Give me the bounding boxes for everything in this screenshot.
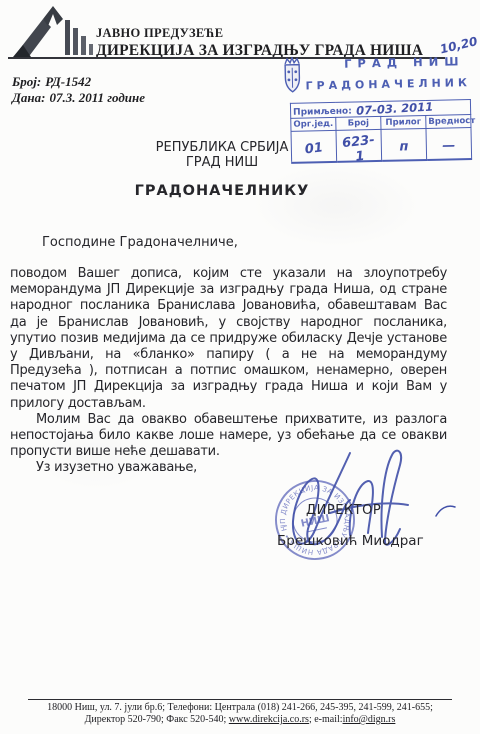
letter-footer: 18000 Ниш, ул. 7. јули бр.6; Телефони: Ц… <box>28 699 452 726</box>
footer-contact-line: Директор 520-790; Факс 520-540; www.dire… <box>28 714 452 726</box>
stamp-office: ГРАДОНАЧЕЛНИК <box>305 76 471 92</box>
col-org-unit: Орг.јед. <box>291 117 336 131</box>
salutation: Господине Градоначелниче, <box>42 235 238 250</box>
scanned-letter: ЈАВНО ПРЕДУЗЕЋЕ ДИРЕКЦИЈА ЗА ИЗГРАДЊУ ГР… <box>0 0 480 734</box>
document-meta: Број:РД-1542 Дана:07.3. 2011 године <box>12 74 149 106</box>
recipient-title: ГРАДОНАЧЕЛНИКУ <box>122 183 322 199</box>
signer-title: ДИРЕКТОР <box>306 503 381 518</box>
document-date: Дана:07.3. 2011 године <box>12 90 149 106</box>
email-link[interactable]: info@dign.rs <box>343 714 396 725</box>
document-number: Број:РД-1542 <box>12 74 149 90</box>
company-logo <box>13 3 93 58</box>
recipient-republic: РЕПУБЛИКА СРБИЈА <box>122 140 322 155</box>
value-value: — <box>442 138 455 153</box>
pen-mark <box>433 501 461 519</box>
paragraph-1: поводом Вашег дописа, којим сте указали … <box>10 266 447 412</box>
footer-address-line: 18000 Ниш, ул. 7. јули бр.6; Телефони: Ц… <box>28 702 452 714</box>
date-label: Дана: <box>12 90 45 105</box>
city-coat-of-arms-icon <box>282 57 303 97</box>
date-value: 07.3. 2011 године <box>49 90 145 105</box>
number-label: Број: <box>12 74 41 89</box>
stamp-city: ГРАД НИШ <box>344 54 465 71</box>
website-link[interactable]: www.direkcija.co.rs <box>229 714 309 725</box>
recipient-block: РЕПУБЛИКА СРБИЈА ГРАД НИШ ГРАДОНАЧЕЛНИКУ <box>122 140 322 199</box>
number-value-handwritten: 623-1 <box>338 132 381 166</box>
received-date-handwritten: 07-03. 2011 <box>355 100 433 118</box>
footer-contact-mid: ; e-mail: <box>309 714 343 725</box>
col-value: Вредност <box>426 115 471 129</box>
col-attachment: Прилог <box>381 116 426 130</box>
number-value: РД-1542 <box>45 74 91 89</box>
org-type: ЈАВНО ПРЕДУЗЕЋЕ <box>96 26 423 41</box>
footer-contact-prefix: Директор 520-790; Факс 520-540; <box>85 714 229 725</box>
signer-name: Брешковић Миодраг <box>277 533 424 549</box>
col-number: Број <box>336 116 381 130</box>
recipient-city: ГРАД НИШ <box>122 155 322 170</box>
received-time-handwritten: 10,20 <box>439 34 479 56</box>
attachment-value: п <box>399 139 408 154</box>
received-label: Примљено: <box>293 107 352 118</box>
